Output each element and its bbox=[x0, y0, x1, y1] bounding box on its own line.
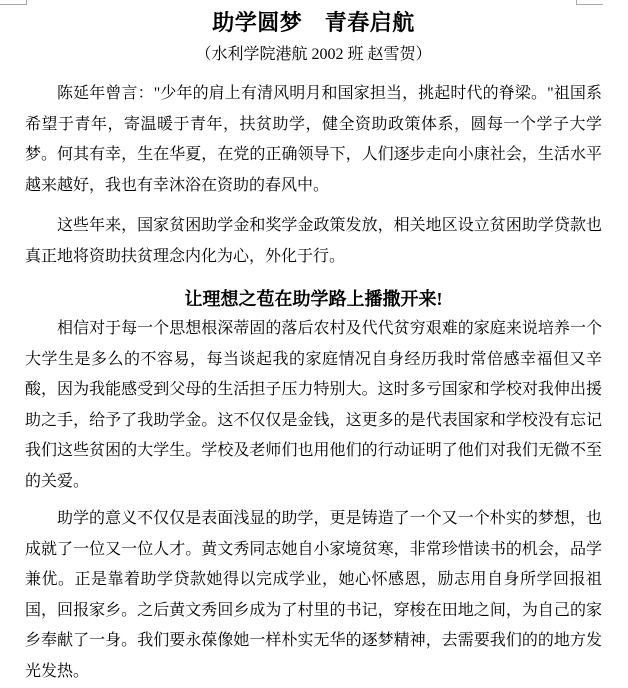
paragraph-section-1: 相信对于每一个思想根深蒂固的落后农村及代代贫穷艰难的家庭来说培养一个大学生是多么… bbox=[25, 314, 602, 497]
document-body: 助学圆梦 青春启航 （水利学院港航 2002 班 赵雪贺） 陈延年曾言："少年的… bbox=[25, 0, 602, 687]
document-title: 助学圆梦 青春启航 bbox=[25, 9, 602, 36]
section-heading: 让理想之苞在助学路上播撒开来! bbox=[25, 284, 602, 314]
document-page: { "colors": { "text": "#000000", "backgr… bbox=[0, 0, 628, 688]
document-byline: （水利学院港航 2002 班 赵雪贺） bbox=[25, 45, 602, 65]
page-margin-mark-left bbox=[0, 0, 27, 5]
paragraph-intro-2: 这些年来，国家贫困助学金和奖学金政策发放，相关地区设立贫困助学贷款也真正地将资助… bbox=[25, 211, 602, 272]
paragraph-section-2: 助学的意义不仅仅是表面浅显的助学，更是铸造了一个又一个朴实的梦想，也成就了一位又… bbox=[25, 504, 602, 687]
paragraph-intro-1: 陈延年曾言："少年的肩上有清风明月和国家担当，挑起时代的脊梁。"祖国系希望于青年… bbox=[25, 79, 602, 201]
